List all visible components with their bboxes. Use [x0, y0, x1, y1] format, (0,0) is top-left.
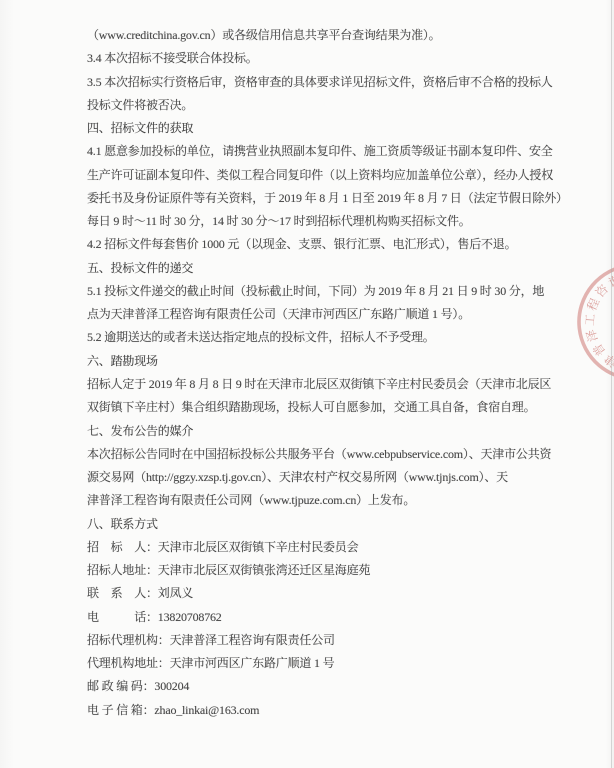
text-line: 双街镇下辛庄村）集合组织踏勘现场，投标人可自愿参加，交通工具自备，食宿自理。 — [87, 396, 614, 419]
scan-edge-line — [611, 0, 612, 768]
text-line: 3.4 本次招标不接受联合体投标。 — [87, 47, 614, 70]
contact-line: 代理机构地址：天津市河西区广东路广顺道 1 号 — [87, 652, 614, 675]
text-line: （www.creditchina.gov.cn）或各级信用信息共享平台查询结果为… — [87, 24, 614, 47]
text-line: 招标人定于 2019 年 8 月 8 日 9 时在天津市北辰区双街镇下辛庄村民委… — [87, 373, 614, 396]
contact-line: 电 子 信 箱：zhao_linkai@163.com — [87, 699, 614, 722]
text-line: 3.5 本次招标实行资格后审，资格审查的具体要求详见招标文件，资格后审不合格的投… — [87, 71, 614, 94]
document-text-block: （www.creditchina.gov.cn）或各级信用信息共享平台查询结果为… — [87, 24, 614, 722]
section-heading: 四、招标文件的获取 — [87, 117, 614, 140]
text-line: 4.1 愿意参加投标的单位，请携营业执照副本复印件、施工资质等级证书副本复印件、… — [87, 140, 614, 163]
text-line: 津普泽工程咨询有限责任公司网（www.tjpuze.com.cn）上发布。 — [87, 489, 614, 512]
text-line: 委托书及身份证原件等有关资料，于 2019 年 8 月 1 日至 2019 年 … — [87, 187, 614, 210]
text-line: 每日 9 时～11 时 30 分，14 时 30 分～17 时到招标代理机构购买… — [87, 210, 614, 233]
text-line: 投标文件将被否决。 — [87, 94, 614, 117]
text-line: 5.1 投标文件递交的截止时间（投标截止时间，下同）为 2019 年 8 月 2… — [87, 280, 614, 303]
text-line: 4.2 招标文件每套售价 1000 元（以现金、支票、银行汇票、电汇形式），售后… — [87, 233, 614, 256]
contact-line: 招标代理机构：天津普泽工程咨询有限责任公司 — [87, 629, 614, 652]
section-heading: 五、投标文件的递交 — [87, 257, 614, 280]
section-heading: 六、踏勘现场 — [87, 350, 614, 373]
section-heading: 八、联系方式 — [87, 513, 614, 536]
contact-line: 电 话：13820708762 — [87, 606, 614, 629]
text-line: 生产许可证副本复印件、类似工程合同复印件（以上资料均应加盖单位公章），经办人授权 — [87, 164, 614, 187]
contact-line: 邮 政 编 码：300204 — [87, 675, 614, 698]
section-heading: 七、发布公告的媒介 — [87, 420, 614, 443]
text-line: 源交易网（http://ggzy.xzsp.tj.gov.cn）、天津农村产权交… — [87, 466, 614, 489]
text-line: 5.2 逾期送达的或者未送达指定地点的投标文件，招标人不予受理。 — [87, 326, 614, 349]
contact-line: 招标人地址：天津市北辰区双街镇张湾还迁区星海庭苑 — [87, 559, 614, 582]
text-line: 点为天津普泽工程咨询有限责任公司（天津市河西区广东路广顺道 1 号）。 — [87, 303, 614, 326]
text-line: 本次招标公告同时在中国招标投标公共服务平台（www.cebpubservice.… — [87, 443, 614, 466]
red-seal-stamp: 津普泽工程咨询有限责任公司 — [570, 256, 614, 392]
document-page: （www.creditchina.gov.cn）或各级信用信息共享平台查询结果为… — [0, 0, 614, 768]
contact-line: 联 系 人：刘凤义 — [87, 582, 614, 605]
contact-line: 招 标 人：天津市北辰区双街镇下辛庄村民委员会 — [87, 536, 614, 559]
